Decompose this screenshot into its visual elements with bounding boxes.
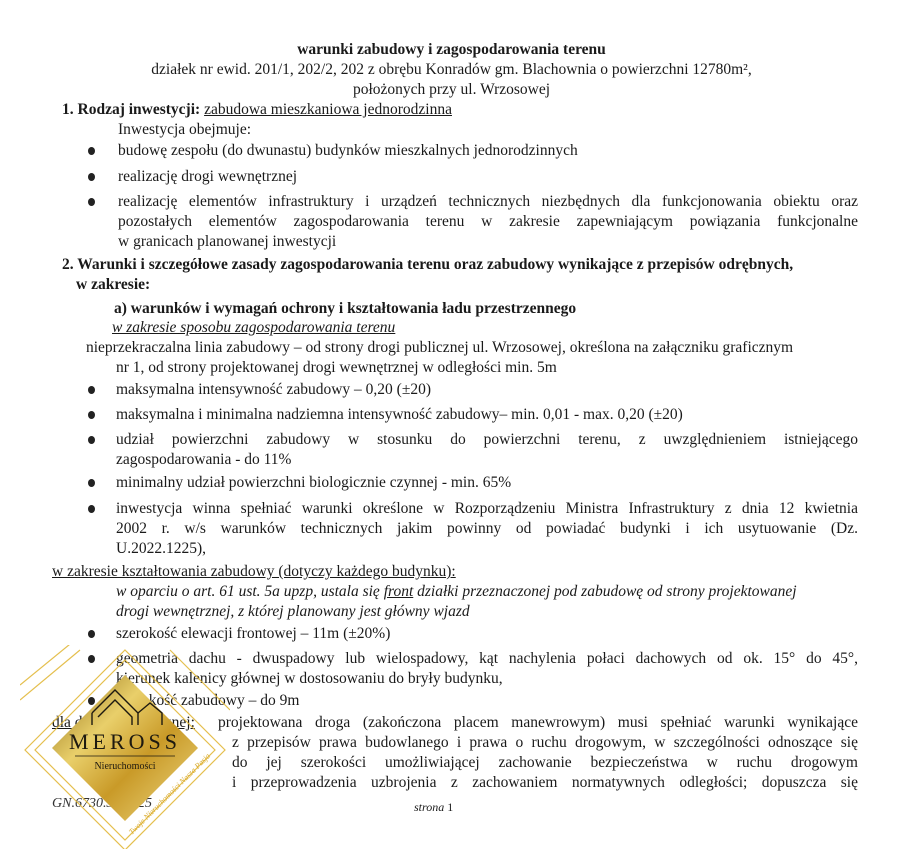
bullet-icon bbox=[88, 655, 95, 663]
bullet-icon bbox=[88, 173, 95, 181]
list-item: wysokość zabudowy – do 9m bbox=[116, 691, 299, 711]
road-text-cont: do jej szerokości umożliwiającej zachowa… bbox=[232, 753, 858, 773]
bullet-icon bbox=[88, 505, 95, 513]
bullet-icon bbox=[88, 479, 95, 487]
bullet-icon bbox=[88, 697, 95, 705]
road-text: projektowana droga (zakończona placem ma… bbox=[218, 713, 858, 733]
list-item-continuation: kierunek kalenicy głównej w dostosowaniu… bbox=[116, 669, 503, 689]
document-title: warunki zabudowy i zagospodarowania tere… bbox=[0, 40, 903, 60]
list-item-continuation: U.2022.1225), bbox=[116, 539, 206, 559]
list-item: szerokość elewacji frontowej – 11m (±20%… bbox=[116, 624, 390, 644]
page-number-value: 1 bbox=[447, 800, 453, 814]
bullet-icon bbox=[88, 630, 95, 638]
scope-land-use-heading: w zakresie sposobu zagospodarowania tere… bbox=[112, 318, 395, 338]
list-item: realizację drogi wewnętrznej bbox=[118, 167, 297, 187]
list-item: maksymalna intensywność zabudowy – 0,20 … bbox=[116, 380, 431, 400]
building-line-text: nieprzekraczalna linia zabudowy – od str… bbox=[86, 338, 793, 358]
road-text-cont: i przeprowadzenia uzbrojenia z zachowani… bbox=[232, 773, 858, 793]
section1-heading: 1. Rodzaj inwestycji: zabudowa mieszkani… bbox=[62, 100, 452, 120]
scope-building-heading: w zakresie kształtowania zabudowy (dotyc… bbox=[52, 562, 456, 582]
road-text-cont: z przepisów prawa budowlanego i prawa o … bbox=[232, 733, 858, 753]
front-word: front bbox=[384, 583, 414, 600]
building-line-text-cont: nr 1, od strony projektowanej drogi wewn… bbox=[116, 358, 557, 378]
page-label: strona bbox=[414, 800, 444, 814]
list-item: realizację elementów infrastruktury i ur… bbox=[118, 192, 858, 212]
section2-heading-cont: w zakresie: bbox=[76, 275, 150, 295]
document-subtitle-line2: położonych przy ul. Wrzosowej bbox=[0, 80, 903, 100]
section2-heading: 2. Warunki i szczegółowe zasady zagospod… bbox=[62, 255, 793, 275]
logo-subtitle: Nieruchomości bbox=[94, 761, 155, 772]
investment-type: zabudowa mieszkaniowa jednorodzinna bbox=[204, 101, 452, 118]
bullet-icon bbox=[88, 147, 95, 155]
document-page: warunki zabudowy i zagospodarowania tere… bbox=[0, 0, 903, 849]
front-rule-pre: w oparciu o art. 61 ust. 5a upzp, ustala… bbox=[116, 583, 384, 600]
bullet-icon bbox=[88, 386, 95, 394]
page-number: strona 1 bbox=[414, 797, 453, 817]
road-label: dla drogi wewnętrznej: bbox=[52, 713, 195, 733]
front-rule-post: działki przeznaczonej pod zabudowę od st… bbox=[413, 583, 796, 600]
list-item: maksymalna i minimalna nadziemna intensy… bbox=[116, 405, 683, 425]
bullet-icon bbox=[88, 411, 95, 419]
list-item-continuation: zagospodarowania - do 11% bbox=[116, 450, 291, 470]
document-subtitle-line1: działek nr ewid. 201/1, 202/2, 202 z obr… bbox=[0, 60, 903, 80]
subsection-a-heading: a) warunków i wymagań ochrony i kształto… bbox=[114, 299, 576, 319]
list-item: minimalny udział powierzchni biologiczni… bbox=[116, 473, 511, 493]
list-item-continuation: pozostałych elementów zagospodarowania t… bbox=[118, 212, 858, 232]
section1-intro: Inwestycja obejmuje: bbox=[118, 120, 251, 140]
list-item-continuation: 2002 r. w/s warunków technicznych jakim … bbox=[116, 519, 858, 539]
front-rule-text: w oparciu o art. 61 ust. 5a upzp, ustala… bbox=[116, 582, 797, 602]
bullet-icon bbox=[88, 436, 95, 444]
section1-label: 1. Rodzaj inwestycji: bbox=[62, 101, 200, 118]
list-item: inwestycja winna spełniać warunki określ… bbox=[116, 499, 858, 519]
logo-slogan: Twoje Nieruchomości Nasza Pasja bbox=[127, 751, 212, 836]
list-item: budowę zespołu (do dwunastu) budynków mi… bbox=[118, 141, 578, 161]
reference-number: GN.6730.30.2025 bbox=[52, 796, 152, 812]
list-item: udział powierzchni zabudowy w stosunku d… bbox=[116, 430, 858, 450]
list-item: geometria dachu - dwuspadowy lub wielosp… bbox=[116, 649, 858, 669]
front-rule-text-cont: drogi wewnętrznej, z której planowany je… bbox=[116, 602, 470, 622]
list-item-continuation: w granicach planowanej inwestycji bbox=[118, 232, 336, 252]
bullet-icon bbox=[88, 198, 95, 206]
